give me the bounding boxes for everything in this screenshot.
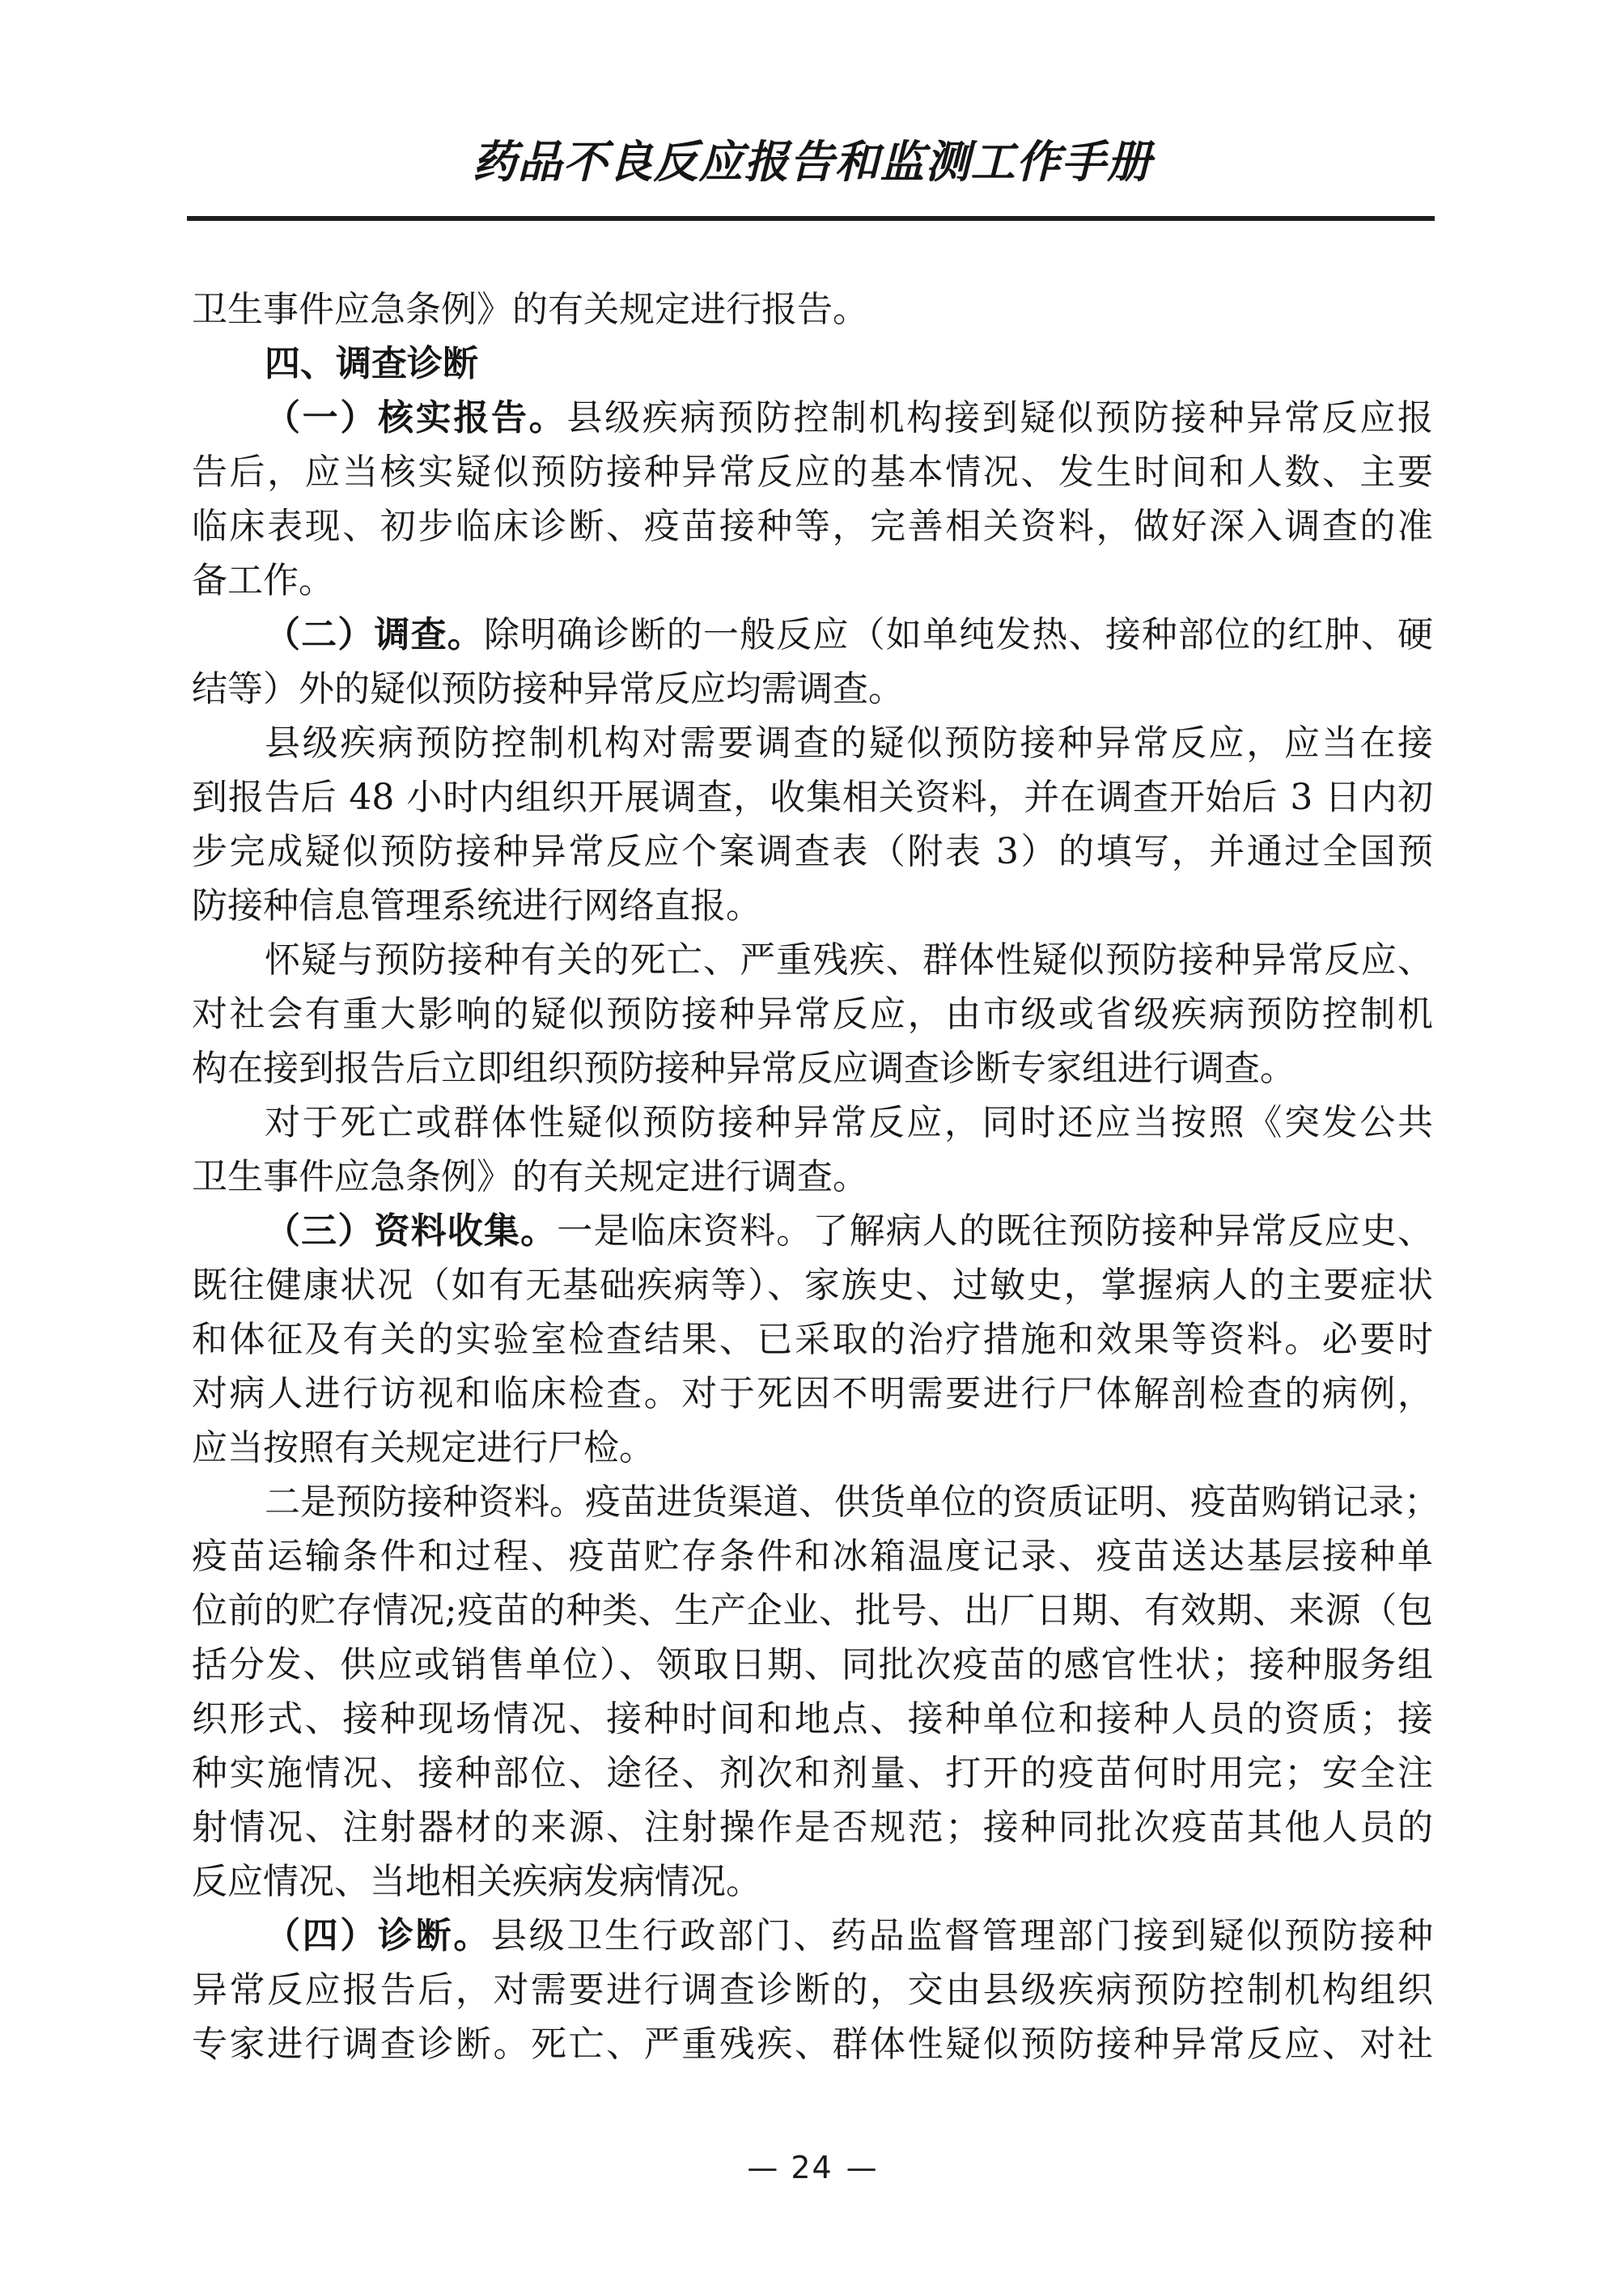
footer-dash-left: — [747, 2150, 778, 2185]
body-text-segment: 县级卫生行政部门、药品监督管理部门接到疑似预防接种 [491, 1915, 1433, 1956]
body-line: 括分发、供应或销售单位）、领取日期、同批次疫苗的感官性状；接种服务组 [192, 1638, 1433, 1692]
body-text-segment: 临床表现、初步临床诊断、疫苗接种等，完善相关资料，做好深入调查的准 [192, 506, 1433, 547]
body-line: 步完成疑似预防接种异常反应个案调查表（附表 3）的填写，并通过全国预 [192, 824, 1433, 879]
body-line: 种实施情况、接种部位、途径、剂次和剂量、打开的疫苗何时用完；安全注 [192, 1746, 1433, 1800]
body-text-segment: 和体征及有关的实验室检查结果、已采取的治疗措施和效果等资料。必要时 [192, 1319, 1433, 1360]
page-number: 24 [791, 2150, 833, 2185]
body-text-segment: 除明确诊断的一般反应（如单纯发热、接种部位的红肿、硬 [484, 614, 1433, 655]
body-text-segment: 既往健康状况（如有无基础疾病等）、家族史、过敏史，掌握病人的主要症状 [192, 1265, 1433, 1306]
body-line: 构在接到报告后立即组织预防接种异常反应调查诊断专家组进行调查。 [192, 1041, 1433, 1096]
body-text-segment: 怀疑与预防接种有关的死亡、严重残疾、群体性疑似预防接种异常反应、 [265, 939, 1433, 981]
body-text-segment: 一是临床资料。了解病人的既往预防接种异常反应史、 [557, 1210, 1433, 1252]
body-text-segment: 括分发、供应或销售单位）、领取日期、同批次疫苗的感官性状；接种服务组 [192, 1644, 1433, 1685]
body-line: 异常反应报告后，对需要进行调查诊断的，交由县级疾病预防控制机构组织 [192, 1963, 1433, 2017]
footer-dash-right: — [846, 2150, 877, 2185]
section-heading-segment: （一）核实报告。 [265, 398, 566, 438]
body-text-segment: 二是预防接种资料。疫苗进货渠道、供货单位的资质证明、疫苗购销记录； [265, 1481, 1440, 1523]
body-text-segment: 对病人进行访视和临床检查。对于死因不明需要进行尸体解剖检查的病例， [192, 1373, 1433, 1414]
body-text-segment: 射情况、注射器材的来源、注射操作是否规范；接种同批次疫苗其他人员的 [192, 1807, 1433, 1848]
body-line: 结等）外的疑似预防接种异常反应均需调查。 [192, 662, 1433, 716]
section-heading-segment: （四）诊断。 [265, 1916, 491, 1956]
body-text-segment: 卫生事件应急条例》的有关规定进行报告。 [192, 289, 868, 330]
body-text-segment: 位前的贮存情况;疫苗的种类、生产企业、批号、出厂日期、有效期、来源（包 [192, 1590, 1433, 1631]
body-line: 专家进行调查诊断。死亡、严重残疾、群体性疑似预防接种异常反应、对社 [192, 2017, 1433, 2071]
body-text-segment: 结等）外的疑似预防接种异常反应均需调查。 [192, 668, 904, 710]
body-line: 怀疑与预防接种有关的死亡、严重残疾、群体性疑似预防接种异常反应、 [192, 933, 1433, 987]
body-line: 疫苗运输条件和过程、疫苗贮存条件和冰箱温度记录、疫苗送达基层接种单 [192, 1529, 1433, 1583]
body-text-segment: 对社会有重大影响的疑似预防接种异常反应，由市级或省级疾病预防控制机 [192, 994, 1433, 1035]
section-heading-segment: （二）调查。 [265, 615, 484, 655]
body-line: （二）调查。除明确诊断的一般反应（如单纯发热、接种部位的红肿、硬 [192, 608, 1433, 662]
body-text: 卫生事件应急条例》的有关规定进行报告。四、调查诊断（一）核实报告。县级疾病预防控… [192, 282, 1433, 2071]
body-text-segment: 疫苗运输条件和过程、疫苗贮存条件和冰箱温度记录、疫苗送达基层接种单 [192, 1536, 1433, 1577]
body-line: 县级疾病预防控制机构对需要调查的疑似预防接种异常反应，应当在接 [192, 716, 1433, 770]
running-header-title: 药品不良反应报告和监测工作手册 [0, 138, 1624, 186]
body-line: 告后，应当核实疑似预防接种异常反应的基本情况、发生时间和人数、主要 [192, 445, 1433, 499]
body-line: 和体征及有关的实验室检查结果、已采取的治疗措施和效果等资料。必要时 [192, 1312, 1433, 1367]
header-rule [187, 216, 1435, 221]
body-line: 对于死亡或群体性疑似预防接种异常反应，同时还应当按照《突发公共 [192, 1096, 1433, 1150]
body-text-segment: 步完成疑似预防接种异常反应个案调查表（附表 3）的填写，并通过全国预 [192, 831, 1433, 872]
body-line: 二是预防接种资料。疫苗进货渠道、供货单位的资质证明、疫苗购销记录； [192, 1475, 1433, 1529]
body-text-segment: 防接种信息管理系统进行网络直报。 [192, 885, 761, 926]
body-text-segment: 县级疾病预防控制机构对需要调查的疑似预防接种异常反应，应当在接 [265, 723, 1433, 764]
body-text-segment: 到报告后 48 小时内组织开展调查，收集相关资料，并在调查开始后 3 日内初 [192, 777, 1433, 818]
body-line: 位前的贮存情况;疫苗的种类、生产企业、批号、出厂日期、有效期、来源（包 [192, 1583, 1433, 1638]
body-line: 既往健康状况（如有无基础疾病等）、家族史、过敏史，掌握病人的主要症状 [192, 1258, 1433, 1312]
body-line: 防接种信息管理系统进行网络直报。 [192, 879, 1433, 933]
body-line: 临床表现、初步临床诊断、疫苗接种等，完善相关资料，做好深入调查的准 [192, 499, 1433, 553]
body-text-segment: 织形式、接种现场情况、接种时间和地点、接种单位和接种人员的资质；接 [192, 1698, 1433, 1740]
body-line: 对社会有重大影响的疑似预防接种异常反应，由市级或省级疾病预防控制机 [192, 987, 1433, 1041]
body-text-segment: 种实施情况、接种部位、途径、剂次和剂量、打开的疫苗何时用完；安全注 [192, 1753, 1433, 1794]
body-line: 四、调查诊断 [192, 337, 1433, 391]
body-line: （一）核实报告。县级疾病预防控制机构接到疑似预防接种异常反应报 [192, 391, 1433, 445]
body-line: 射情况、注射器材的来源、注射操作是否规范；接种同批次疫苗其他人员的 [192, 1800, 1433, 1854]
body-line: 卫生事件应急条例》的有关规定进行调查。 [192, 1150, 1433, 1204]
page-footer: —24— [0, 2148, 1624, 2187]
body-text-segment: 构在接到报告后立即组织预防接种异常反应调查诊断专家组进行调查。 [192, 1048, 1295, 1089]
body-line: 到报告后 48 小时内组织开展调查，收集相关资料，并在调查开始后 3 日内初 [192, 770, 1433, 824]
body-line: 卫生事件应急条例》的有关规定进行报告。 [192, 282, 1433, 337]
body-text-segment: 异常反应报告后，对需要进行调查诊断的，交由县级疾病预防控制机构组织 [192, 1969, 1433, 2011]
body-text-segment: 备工作。 [192, 560, 334, 601]
body-line: （三）资料收集。一是临床资料。了解病人的既往预防接种异常反应史、 [192, 1204, 1433, 1258]
section-heading-segment: 四、调查诊断 [265, 344, 478, 384]
body-line: 对病人进行访视和临床检查。对于死因不明需要进行尸体解剖检查的病例， [192, 1367, 1433, 1421]
body-line: （四）诊断。县级卫生行政部门、药品监督管理部门接到疑似预防接种 [192, 1909, 1433, 1963]
body-text-segment: 对于死亡或群体性疑似预防接种异常反应，同时还应当按照《突发公共 [265, 1102, 1433, 1143]
body-text-segment: 告后，应当核实疑似预防接种异常反应的基本情况、发生时间和人数、主要 [192, 451, 1433, 493]
body-line: 织形式、接种现场情况、接种时间和地点、接种单位和接种人员的资质；接 [192, 1692, 1433, 1746]
body-text-segment: 县级疾病预防控制机构接到疑似预防接种异常反应报 [566, 397, 1433, 439]
body-text-segment: 专家进行调查诊断。死亡、严重残疾、群体性疑似预防接种异常反应、对社 [192, 2024, 1433, 2065]
body-line: 反应情况、当地相关疾病发病情况。 [192, 1854, 1433, 1909]
body-text-segment: 应当按照有关规定进行尸检。 [192, 1427, 655, 1469]
section-heading-segment: （三）资料收集。 [265, 1211, 557, 1251]
body-line: 备工作。 [192, 553, 1433, 608]
body-text-segment: 反应情况、当地相关疾病发病情况。 [192, 1861, 761, 1902]
body-line: 应当按照有关规定进行尸检。 [192, 1421, 1433, 1475]
body-text-segment: 卫生事件应急条例》的有关规定进行调查。 [192, 1156, 868, 1197]
document-page: 药品不良反应报告和监测工作手册 卫生事件应急条例》的有关规定进行报告。四、调查诊… [0, 0, 1624, 2293]
